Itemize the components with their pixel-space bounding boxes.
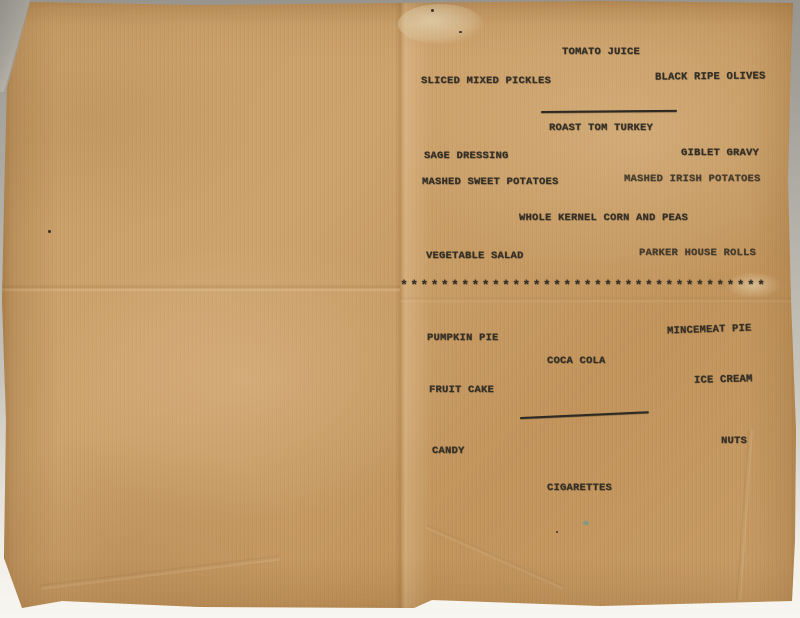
menu-item-whole-kernel-corn-and-peas: WHOLE KERNEL CORN AND PEAS <box>519 212 688 224</box>
menu-item-black-ripe-olives: BLACK RIPE OLIVES <box>655 70 766 83</box>
menu-item-tomato-juice: TOMATO JUICE <box>562 46 640 58</box>
menu-item-candy: CANDY <box>432 445 465 457</box>
ink-speck <box>431 9 434 12</box>
ink-speck <box>556 531 558 533</box>
menu-item-sliced-mixed-pickles: SLICED MIXED PICKLES <box>421 75 551 87</box>
paper-edge-shading <box>0 0 800 618</box>
diagonal-crease-bottom-left <box>41 555 280 589</box>
ink-speck <box>459 31 462 33</box>
menu-item-ice-cream: ICE CREAM <box>694 373 753 387</box>
vertical-crease-right <box>736 430 753 600</box>
menu-item-fruit-cake: FRUIT CAKE <box>429 384 494 396</box>
asterisk-separator-row: * * * * * * * * * * * * * * * * * * * * … <box>400 278 772 293</box>
divider-line-desserts <box>520 411 649 419</box>
menu-item-vegetable-salad: VEGETABLE SALAD <box>426 250 524 262</box>
menu-item-mashed-sweet-potatoes: MASHED SWEET POTATOES <box>422 176 559 188</box>
menu-paper-sheet: TOMATO JUICE SLICED MIXED PICKLES BLACK … <box>0 0 800 618</box>
menu-item-nuts: NUTS <box>721 435 747 447</box>
menu-item-giblet-gravy: GIBLET GRAVY <box>681 147 759 159</box>
ink-speck <box>48 230 51 233</box>
menu-item-cigarettes: CIGARETTES <box>547 482 612 494</box>
menu-item-roast-tom-turkey: ROAST TOM TURKEY <box>549 122 653 134</box>
diagonal-crease-bottom-center <box>426 525 565 590</box>
divider-line-appetizers <box>541 110 677 113</box>
menu-item-sage-dressing: SAGE DRESSING <box>424 150 509 162</box>
menu-item-parker-house-rolls: PARKER HOUSE ROLLS <box>639 247 756 259</box>
horizontal-fold-crease-right <box>400 296 800 303</box>
stain-speck <box>583 521 589 525</box>
horizontal-fold-crease-left <box>0 284 400 292</box>
scanned-menu-page: TOMATO JUICE SLICED MIXED PICKLES BLACK … <box>0 0 800 618</box>
menu-item-mashed-irish-potatoes: MASHED IRISH POTATOES <box>624 173 761 185</box>
scuffed-patch-top <box>398 4 483 44</box>
menu-item-coca-cola: COCA COLA <box>547 355 606 367</box>
menu-item-pumpkin-pie: PUMPKIN PIE <box>427 332 499 344</box>
menu-item-mincemeat-pie: MINCEMEAT PIE <box>667 323 752 338</box>
